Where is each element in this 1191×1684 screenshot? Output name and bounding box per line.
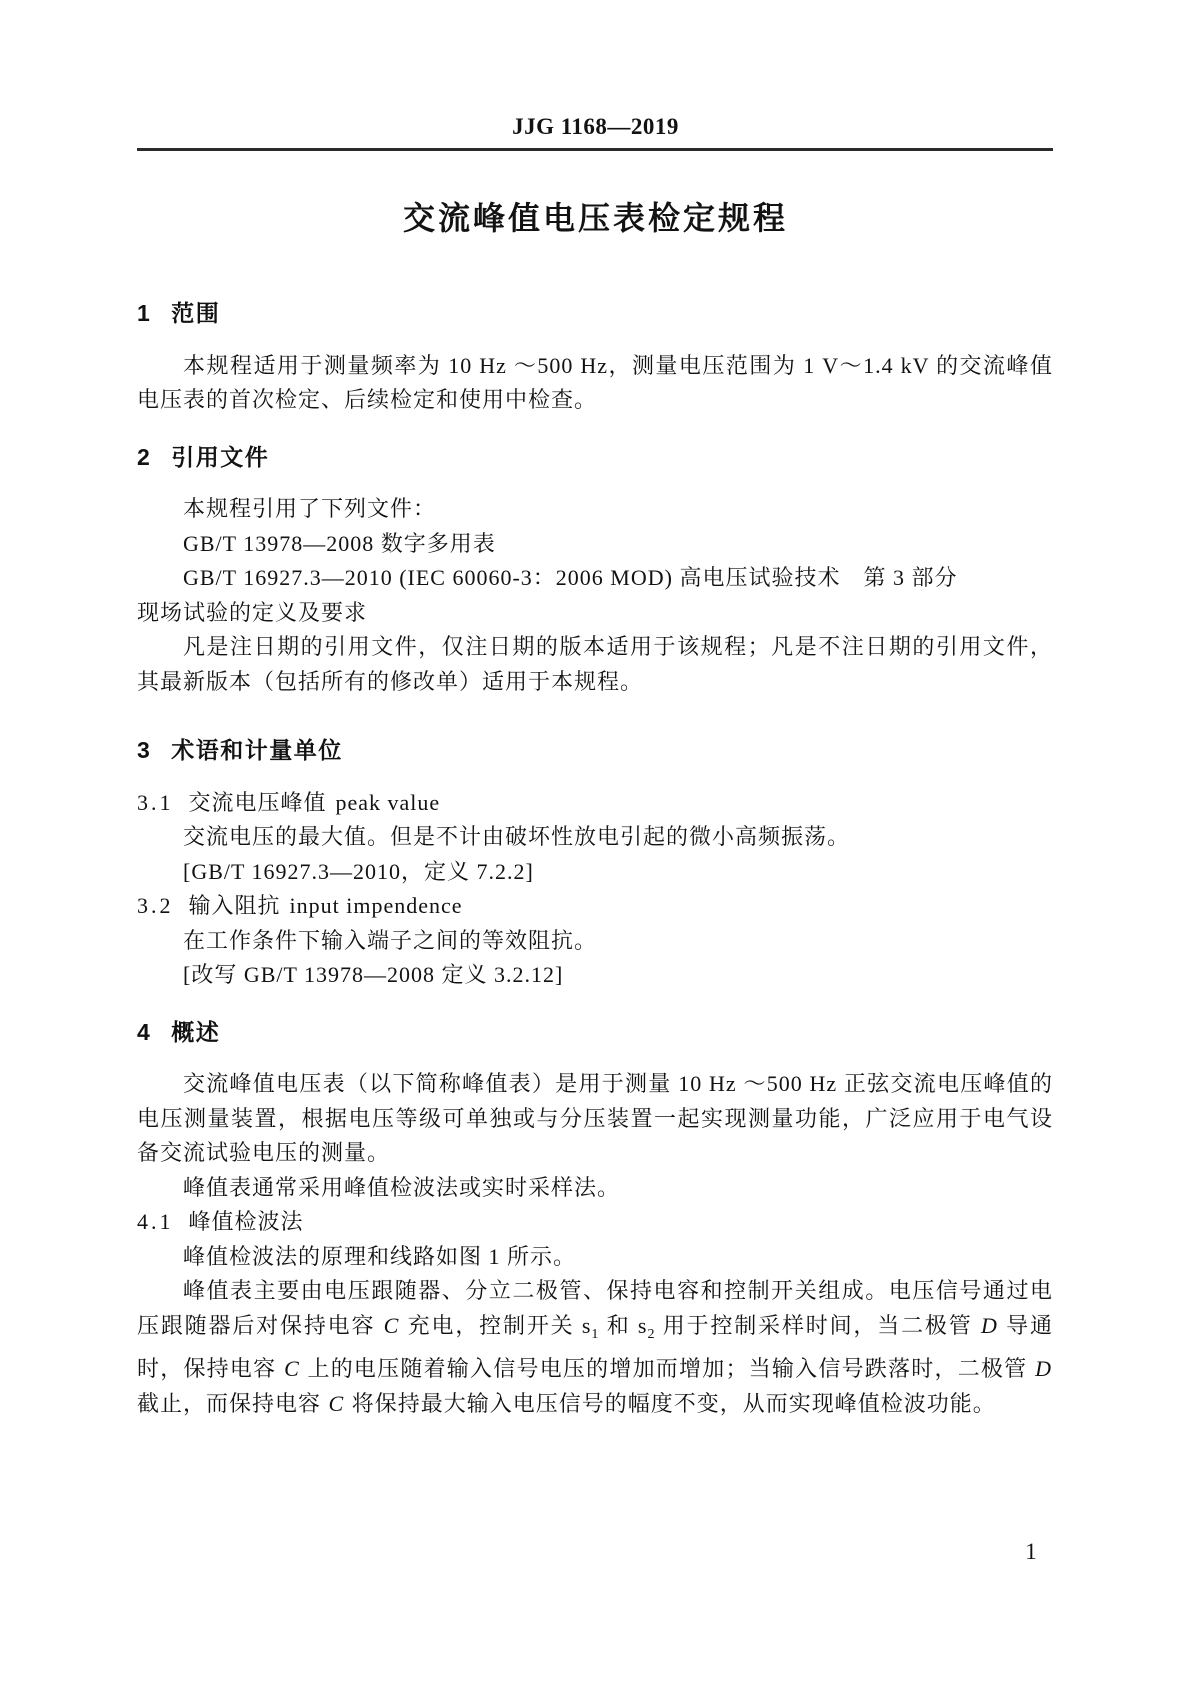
section-4-title: 概述 [171,1019,220,1045]
section-3-number: 3 [137,737,151,763]
section-1-heading: 1范围 [137,296,1053,331]
clause-3-1-term-en: peak value [336,790,441,815]
clause-3-2-source: [改写 GB/T 13978—2008 定义 3.2.12] [137,958,1053,993]
clause-3-1-definition: 交流电压的最大值。但是不计由破坏性放电引起的微小高频振荡。 [137,820,1053,855]
document-page: JJG 1168—2019 交流峰值电压表检定规程 1范围 本规程适用于测量频率… [0,0,1191,1684]
clause-4-1-paragraph: 峰值表主要由电压跟随器、分立二极管、保持电容和控制开关组成。电压信号通过电压跟随… [137,1274,1053,1421]
clause-3-1-heading: 3.1交流电压峰值peak value [137,786,1053,821]
clause-4-1-paragraph: 峰值检波法的原理和线路如图 1 所示。 [137,1240,1053,1275]
clause-3-2-heading: 3.2输入阻抗input impendence [137,889,1053,924]
section-2-title: 引用文件 [171,444,269,470]
header-rule [137,148,1053,151]
reference-item-continuation: 现场试验的定义及要求 [137,596,1053,631]
clause-3-1-term: 交流电压峰值 [189,790,327,815]
section-1-number: 1 [137,300,151,326]
section-4-heading: 4概述 [137,1015,1053,1050]
section-4-paragraph: 峰值表通常采用峰值检波法或实时采样法。 [137,1171,1053,1206]
section-4-number: 4 [137,1019,151,1045]
section-3-heading: 3术语和计量单位 [137,733,1053,768]
clause-3-2-definition: 在工作条件下输入端子之间的等效阻抗。 [137,924,1053,959]
section-2-number: 2 [137,444,151,470]
section-2-heading: 2引用文件 [137,440,1053,475]
clause-3-2-term: 输入阻抗 [189,893,281,918]
section-1-paragraph: 本规程适用于测量频率为 10 Hz ～500 Hz，测量电压范围为 1 V～1.… [137,349,1053,418]
section-2-paragraph: 凡是注日期的引用文件，仅注日期的版本适用于该规程；凡是不注日期的引用文件，其最新… [137,630,1053,699]
clause-3-2-term-en: input impendence [290,893,463,918]
section-1-title: 范围 [171,300,220,326]
clause-4-1-number: 4.1 [137,1209,174,1234]
reference-item: GB/T 13978—2008 数字多用表 [137,527,1053,562]
running-header: JJG 1168—2019 [0,112,1191,142]
document-body: 1范围 本规程适用于测量频率为 10 Hz ～500 Hz，测量电压范围为 1 … [137,296,1053,1421]
reference-item: GB/T 16927.3—2010 (IEC 60060-3：2006 MOD)… [137,561,1053,596]
clause-4-1-heading: 4.1峰值检波法 [137,1205,1053,1240]
page-number: 1 [1008,1537,1054,1567]
clause-3-1-number: 3.1 [137,790,174,815]
section-2-intro: 本规程引用了下列文件： [137,492,1053,527]
clause-3-1-source: [GB/T 16927.3—2010，定义 7.2.2] [137,855,1053,890]
clause-3-2-number: 3.2 [137,893,174,918]
section-4-paragraph: 交流峰值电压表（以下简称峰值表）是用于测量 10 Hz ～500 Hz 正弦交流… [137,1067,1053,1171]
clause-4-1-title: 峰值检波法 [189,1209,304,1234]
section-3-title: 术语和计量单位 [171,737,343,763]
page-title: 交流峰值电压表检定规程 [0,198,1191,238]
